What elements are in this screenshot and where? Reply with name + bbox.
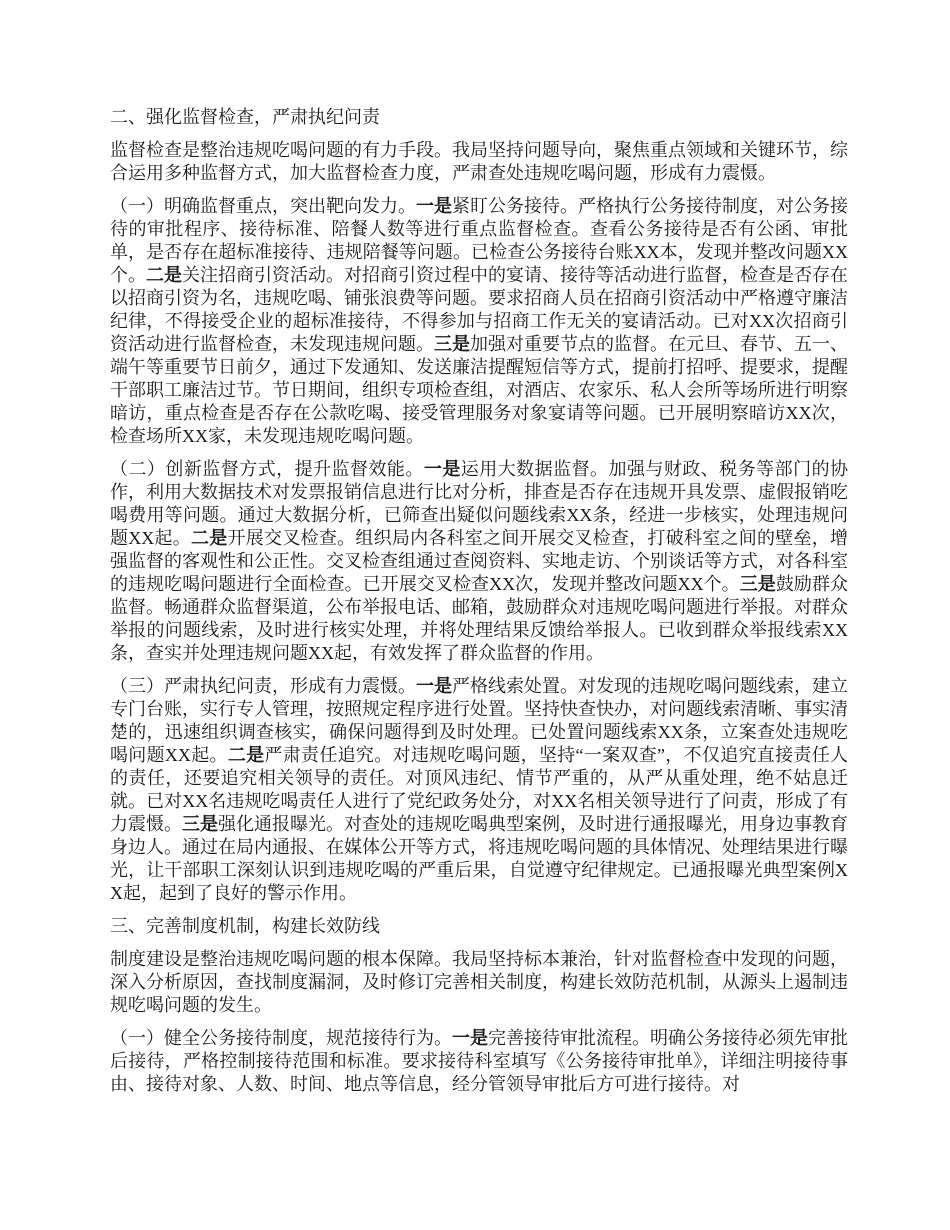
item-marker: 二是: [146, 265, 182, 285]
item-lead: （三）严肃执纪问责，形成有力震慑。: [110, 676, 416, 696]
section-2-intro: 监督检查是整治违规吃喝问题的有力手段。我局坚持问题导向，聚焦重点领域和关键环节，…: [110, 139, 848, 185]
item-marker: 三是: [740, 574, 776, 594]
item-marker: 二是: [191, 528, 228, 548]
section-2-item-2: （二）创新监督方式，提升监督效能。一是运用大数据监督。加强与财政、税务等部门的协…: [110, 458, 848, 665]
item-marker: 二是: [228, 745, 265, 765]
section-2-item-1: （一）明确监督重点，突出靶向发力。一是紧盯公务接待。严格执行公务接待制度，对公务…: [110, 195, 848, 448]
item-marker: 一是: [452, 1028, 488, 1048]
item-text: 强化通报曝光。对查处的违规吃喝典型案例，及时进行通报曝光，用身边事教育身边人。通…: [110, 814, 848, 903]
item-marker: 一是: [416, 196, 452, 216]
item-marker: 一是: [416, 676, 452, 696]
item-lead: （二）创新监督方式，提升监督效能。: [110, 459, 424, 479]
document-body: 二、强化监督检查，严肃执纪问责 监督检查是整治违规吃喝问题的有力手段。我局坚持问…: [110, 106, 848, 1096]
section-2-item-3: （三）严肃执纪问责，形成有力震慑。一是严格线索处置。对发现的违规吃喝问题线索，建…: [110, 675, 848, 905]
section-3-item-1: （一）健全公务接待制度，规范接待行为。一是完善接待审批流程。明确公务接待必须先审…: [110, 1027, 848, 1096]
item-lead: （一）健全公务接待制度，规范接待行为。: [110, 1028, 452, 1048]
item-marker: 一是: [424, 459, 461, 479]
section-2-heading: 二、强化监督检查，严肃执纪问责: [110, 106, 848, 129]
document-page: 二、强化监督检查，严肃执纪问责 监督检查是整治违规吃喝问题的有力手段。我局坚持问…: [0, 0, 950, 1230]
item-marker: 三是: [182, 814, 218, 834]
section-3-heading: 三、完善制度机制，构建长效防线: [110, 915, 848, 938]
item-marker: 三是: [434, 334, 470, 354]
section-3-intro: 制度建设是整治违规吃喝问题的根本保障。我局坚持标本兼治，针对监督检查中发现的问题…: [110, 948, 848, 1017]
item-lead: （一）明确监督重点，突出靶向发力。: [110, 196, 416, 216]
